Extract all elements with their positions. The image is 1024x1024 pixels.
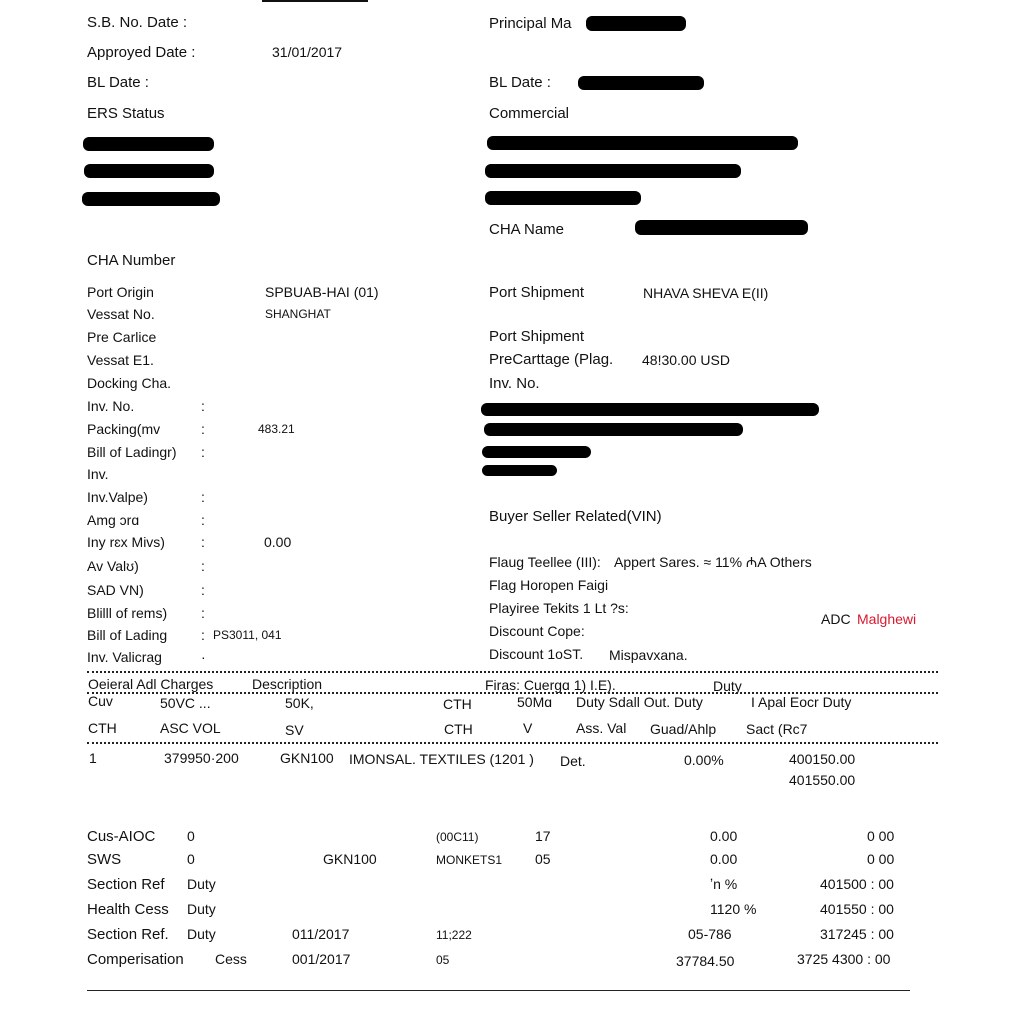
field-colon: : xyxy=(201,490,205,504)
field-label: Iny rɛx Mivs) xyxy=(87,535,165,549)
inv-no-label: Inv. No. xyxy=(489,376,540,391)
duty-col7: 0 00 xyxy=(867,852,894,866)
duty-col6: 37784.50 xyxy=(676,954,734,968)
col-sv: SV xyxy=(285,723,304,737)
field-colon: : xyxy=(201,606,205,620)
field-label: Inv. Valicrag xyxy=(87,650,162,664)
charges-header-4: Duty xyxy=(713,679,742,693)
redaction xyxy=(481,403,819,416)
col-cth-2: CTH xyxy=(88,721,117,735)
duty-col2: 0 xyxy=(187,852,195,866)
field-label: Port Origin xyxy=(87,285,154,299)
field-label: SAD VN) xyxy=(87,583,144,597)
col-50ma: 50Mɑ xyxy=(517,695,552,709)
discount-cope-label: Discount Cope: xyxy=(489,624,585,638)
field-label: Inv. No. xyxy=(87,399,134,413)
duty-col4: (00C11) xyxy=(436,831,478,843)
field-value: SHANGHAT xyxy=(265,308,331,320)
sb-no-date-label: S.B. No. Date : xyxy=(87,15,187,30)
duty-col6: 0.00 xyxy=(710,852,737,866)
duty-label: Section Ref. xyxy=(87,927,169,942)
duty-col6: 0.00 xyxy=(710,829,737,843)
duty-col5: 17 xyxy=(535,829,551,843)
port-shipment-value: NHAVA SHEVA E(II) xyxy=(643,286,768,300)
redaction xyxy=(578,76,704,90)
field-value: PS3011, 041 xyxy=(213,629,282,641)
redaction xyxy=(485,164,741,178)
duty-col4: 11;222 xyxy=(436,929,472,941)
buyer-seller-label: Buyer Seller Related(VIN) xyxy=(489,509,662,524)
field-label: Vessat No. xyxy=(87,307,155,321)
redaction xyxy=(586,16,686,31)
duty-col2: Duty xyxy=(187,902,216,916)
duty-label: Cus-AIOC xyxy=(87,829,155,844)
ers-status-label: ERS Status xyxy=(87,106,165,121)
adc-label: ADC xyxy=(821,612,851,626)
item-code: GKN100 xyxy=(280,751,334,765)
flaug-teellee-label: Flaug Teellee (III): xyxy=(489,555,601,569)
duty-col6: ʼn % xyxy=(710,877,737,891)
adc-value: Malghewi xyxy=(857,612,916,626)
playiree-label: Playiree Tekits 1 Lt ?s: xyxy=(489,601,629,615)
col-asc-vol: ASC VOL xyxy=(160,721,221,735)
field-label: Av Valʊ) xyxy=(87,559,139,573)
flaug-teellee-value: Appert Sares. ≈ 11% ₼A Others xyxy=(614,555,812,569)
redaction xyxy=(487,136,798,150)
redaction xyxy=(84,164,214,178)
field-colon: : xyxy=(201,445,205,459)
field-colon: · xyxy=(201,650,206,664)
duty-col4: 05 xyxy=(436,954,449,966)
duty-col2: Cess xyxy=(215,952,247,966)
precarttage-value: 48!30.00 USD xyxy=(642,353,730,367)
redaction xyxy=(485,191,641,205)
col-sact: Sact (Rc7 xyxy=(746,722,807,736)
port-shipment-label: Port Shipment xyxy=(489,285,584,300)
duty-col3: 001/2017 xyxy=(292,952,350,966)
flag-horopen-label: Flag Horopen Faigi xyxy=(489,578,608,592)
col-50k: 50K, xyxy=(285,696,314,710)
col-cuv: Cuv xyxy=(88,694,113,708)
duty-col7: 3725 4300 : 00 xyxy=(797,952,890,966)
field-value: 483.21 xyxy=(258,423,295,435)
col-guad: Guad/Ahlp xyxy=(650,722,716,736)
field-colon: : xyxy=(201,628,205,642)
approved-date-value: 31/01/2017 xyxy=(272,45,342,59)
duty-label: SWS xyxy=(87,852,121,867)
cha-number-label: CHA Number xyxy=(87,253,175,268)
field-colon: : xyxy=(201,513,205,527)
redaction xyxy=(635,220,808,235)
col-apal-duty: I Apal Eocr Duty xyxy=(751,695,851,709)
bottom-rule xyxy=(87,990,910,991)
redaction xyxy=(83,137,214,151)
field-colon: : xyxy=(201,422,205,436)
duty-col7: 0 00 xyxy=(867,829,894,843)
field-label: Pre Carlice xyxy=(87,330,156,344)
duty-col6: 05-786 xyxy=(688,927,732,941)
field-label: Inv.Valpe) xyxy=(87,490,148,504)
cha-name-label: CHA Name xyxy=(489,222,564,237)
divider xyxy=(87,742,938,744)
field-label: Docking Cha. xyxy=(87,376,171,390)
col-cth: CTH xyxy=(443,697,472,711)
field-colon: : xyxy=(201,559,205,573)
field-label: Vessat E1. xyxy=(87,353,154,367)
right-bl-date-label: BL Date : xyxy=(489,75,551,90)
port-shipment-2-label: Port Shipment xyxy=(489,329,584,344)
precarttage-label: PreCarttage (Plag. xyxy=(489,352,613,367)
field-label: Packing(mv xyxy=(87,422,160,436)
duty-col7: 317245 : 00 xyxy=(820,927,894,941)
item-description: IMONSAL. TEXTILES (1201 ) xyxy=(349,752,534,766)
field-value: SPBUAB-HAI (01) xyxy=(265,285,379,299)
field-label: Bill of Lading xyxy=(87,628,167,642)
bl-date-label: BL Date : xyxy=(87,75,149,90)
duty-col5: 05 xyxy=(535,852,551,866)
discount-cost-label: Discount 1oST. xyxy=(489,647,583,661)
item-amount2: 401550.00 xyxy=(789,773,855,787)
item-value: 379950·200 xyxy=(164,751,239,765)
top-rule xyxy=(262,0,368,2)
col-cth-3: CTH xyxy=(444,722,473,736)
charges-header-2: Description xyxy=(252,677,322,691)
redaction xyxy=(82,192,220,206)
duty-label: Health Cess xyxy=(87,902,169,917)
redaction xyxy=(484,423,743,436)
approved-date-label: Approyed Date : xyxy=(87,45,195,60)
duty-col7: 401500 : 00 xyxy=(820,877,894,891)
field-label: Bill of Ladingr) xyxy=(87,445,177,459)
duty-col2: Duty xyxy=(187,927,216,941)
item-rate: 0.00% xyxy=(684,753,724,767)
field-colon: : xyxy=(201,535,205,549)
col-duty-out: Duty Sdall Out. Duty xyxy=(576,695,703,709)
redaction xyxy=(482,465,557,476)
item-sno: 1 xyxy=(89,751,97,765)
duty-col6: 1120 % xyxy=(710,902,756,916)
field-label: Amg ɔrɑ xyxy=(87,513,139,527)
duty-col7: 401550 : 00 xyxy=(820,902,894,916)
commercial-label: Commercial xyxy=(489,106,569,121)
duty-col2: Duty xyxy=(187,877,216,891)
charges-header-1: Oeieral Adl Charges xyxy=(88,677,213,691)
item-amount1: 400150.00 xyxy=(789,752,855,766)
col-ass-val: Ass. Val xyxy=(576,721,626,735)
field-value: 0.00 xyxy=(264,535,291,549)
field-colon: : xyxy=(201,583,205,597)
duty-col4: MONKETS1 xyxy=(436,854,502,866)
item-type: Det. xyxy=(560,754,586,768)
divider xyxy=(87,671,938,673)
col-50vc: 50VC ... xyxy=(160,696,211,710)
field-colon: : xyxy=(201,399,205,413)
col-v: V xyxy=(523,721,532,735)
field-label: Inv. xyxy=(87,467,109,481)
duty-col3: GKN100 xyxy=(323,852,377,866)
charges-header-3: Firas: Cuergɑ 1) I.E). xyxy=(485,678,616,692)
field-label: Blilll of rems) xyxy=(87,606,167,620)
discount-cost-value: Mispavxana. xyxy=(609,648,688,662)
duty-label: Comperisation xyxy=(87,952,184,967)
duty-col3: 011/2017 xyxy=(292,927,349,941)
redaction xyxy=(482,446,591,458)
duty-col2: 0 xyxy=(187,829,195,843)
duty-label: Section Ref xyxy=(87,877,165,892)
principal-label: Principal Ma xyxy=(489,16,572,31)
